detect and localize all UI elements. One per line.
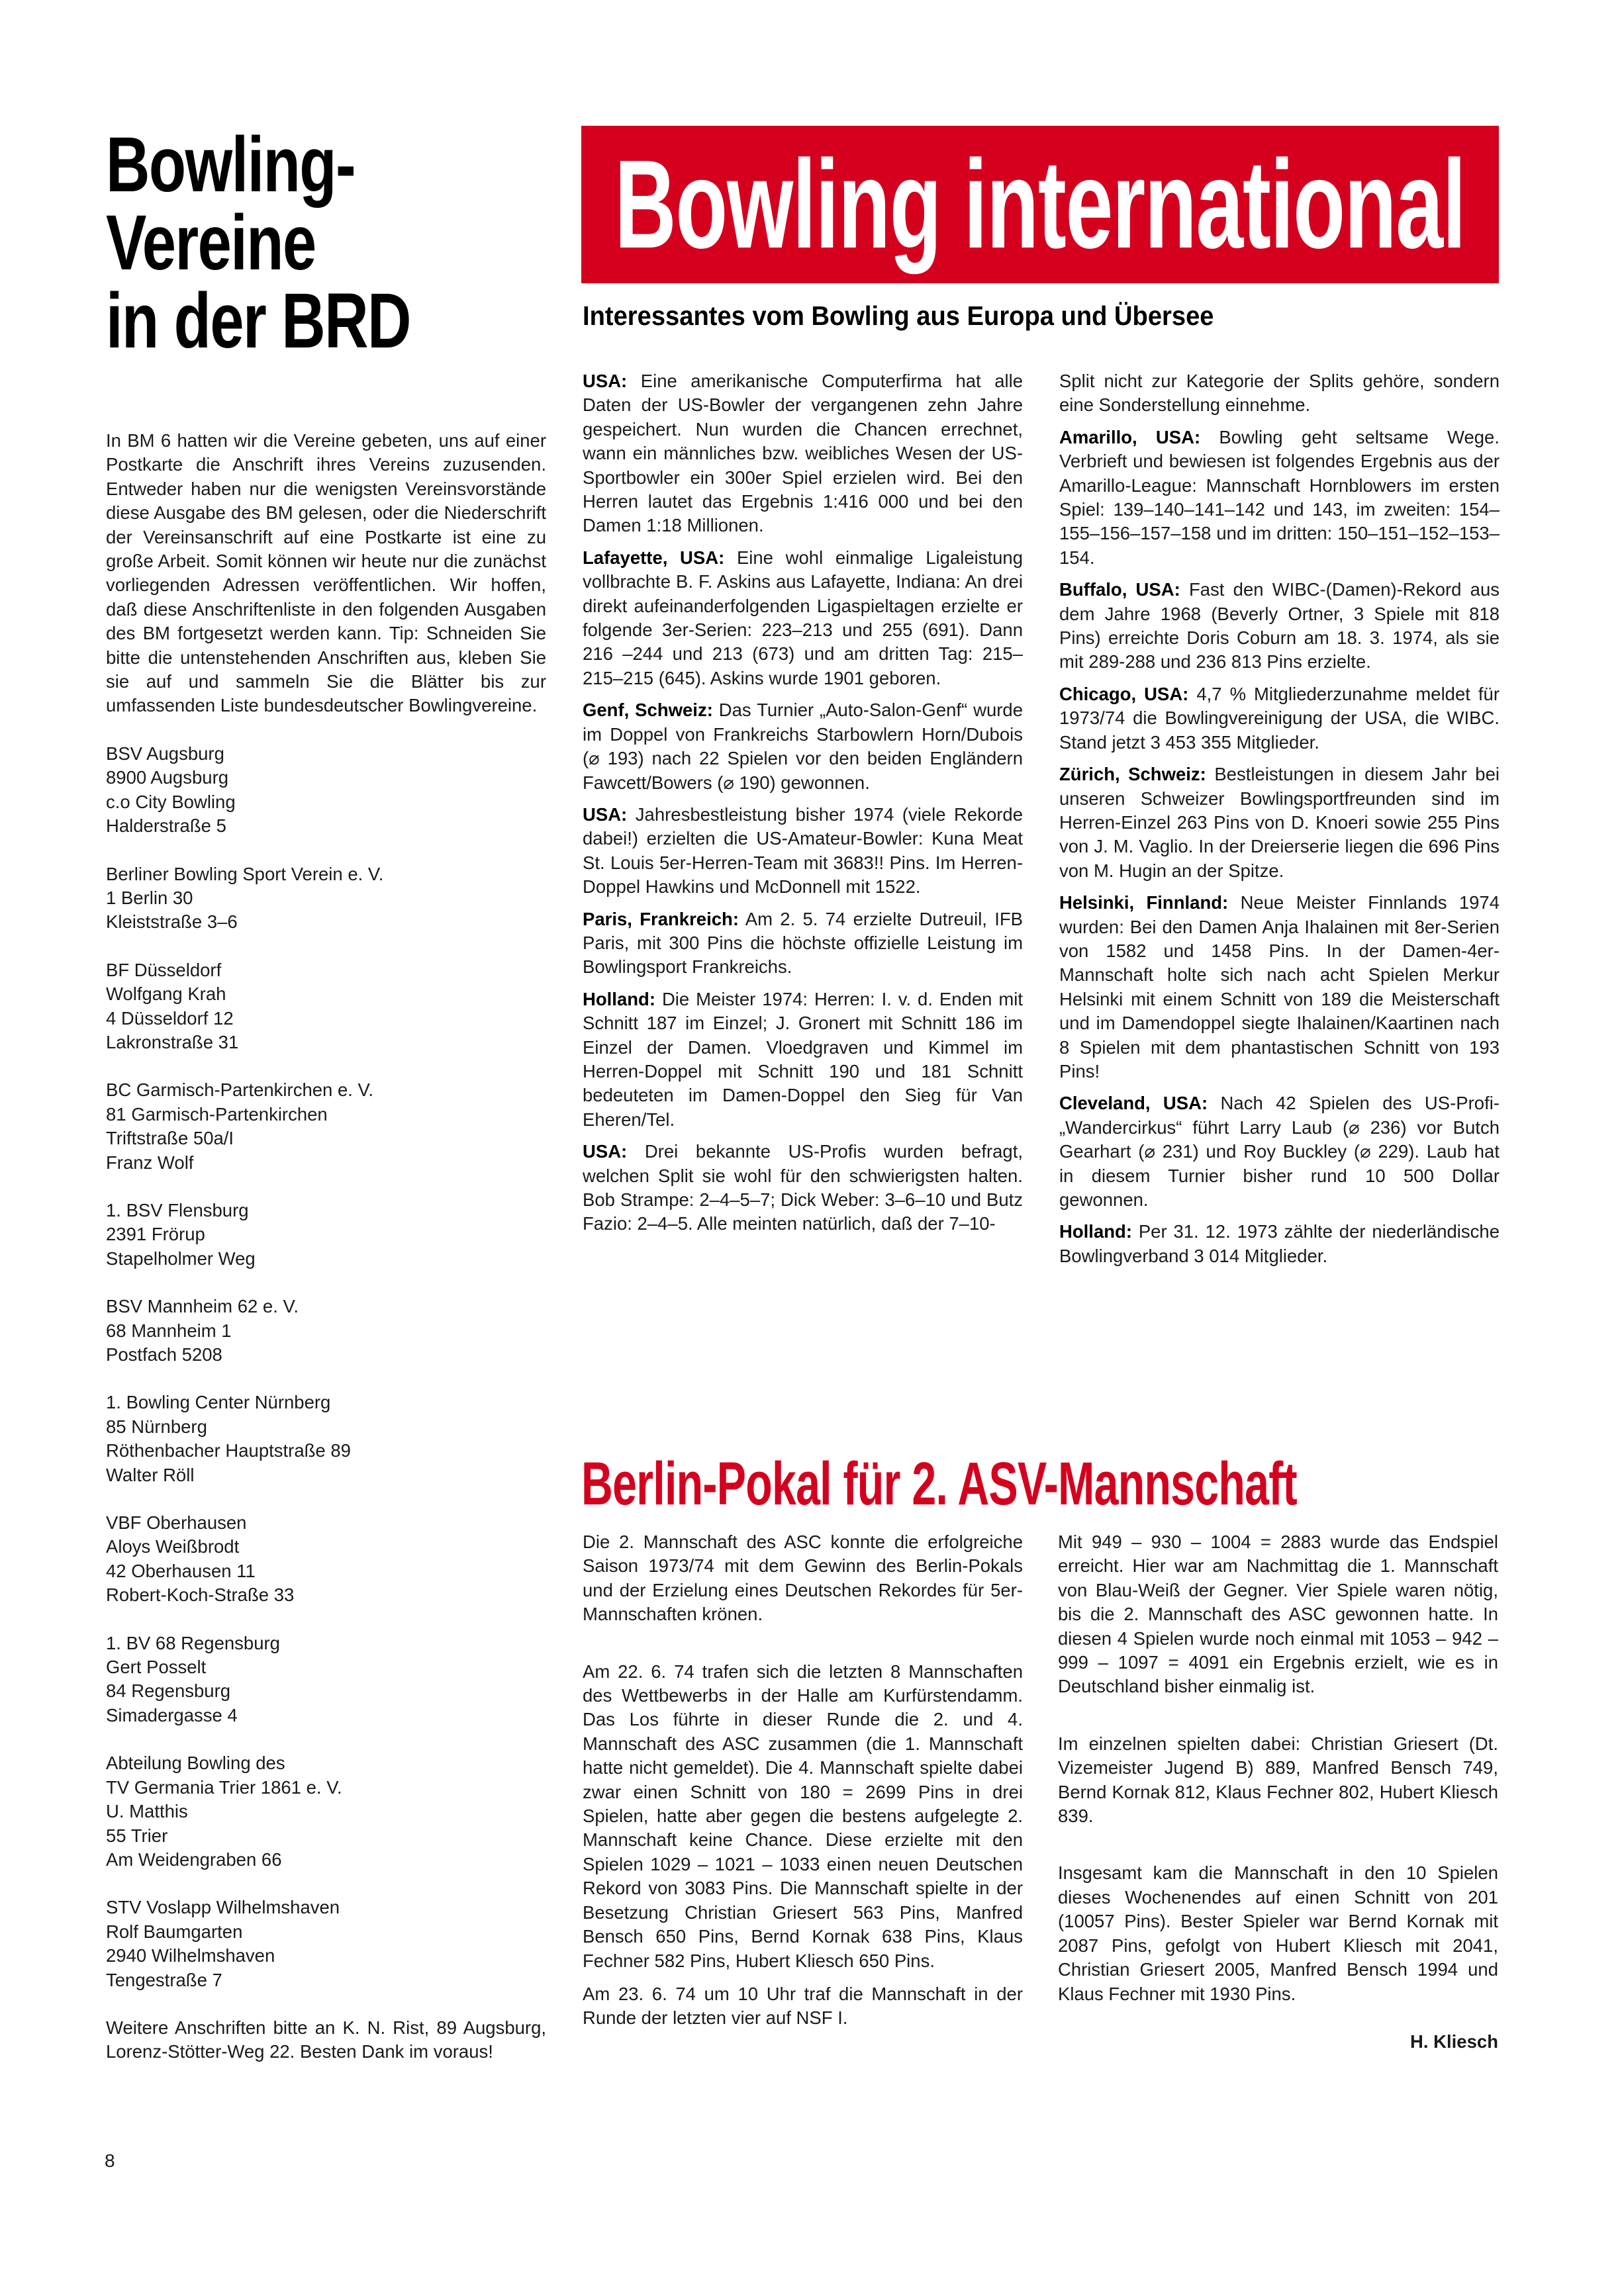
news-item-text: Eine amerikanische Computerfirma hat all…	[583, 371, 1023, 535]
address-line: Gert Posselt	[106, 1655, 546, 1679]
news-item-location: USA:	[583, 371, 627, 391]
club-address: BF DüsseldorfWolfgang Krah4 Düsseldorf 1…	[106, 958, 546, 1055]
news-item: USA: Eine amerikanische Computerfirma ha…	[583, 369, 1023, 538]
news-column-1: USA: Eine amerikanische Computerfirma ha…	[583, 369, 1023, 1244]
address-line: STV Voslapp Wilhelmshaven	[106, 1896, 546, 1919]
left-article-title: Bowling- Vereine in der BRD	[106, 126, 426, 360]
article-paragraph: Mit 949 – 930 – 1004 = 2883 wurde das En…	[1058, 1530, 1498, 1699]
address-line: 85 Nürnberg	[106, 1415, 546, 1439]
article-paragraph: Am 22. 6. 74 trafen sich die letzten 8 M…	[583, 1660, 1023, 1973]
news-item: Zürich, Schweiz: Bestleistungen in diese…	[1059, 762, 1500, 883]
address-line: Triftstraße 50a/I	[106, 1126, 546, 1150]
news-item-text: Die Meister 1974: Herren: I. v. d. Enden…	[583, 989, 1023, 1130]
club-address: Berliner Bowling Sport Verein e. V.1 Ber…	[106, 862, 546, 935]
address-line: 42 Oberhausen 11	[106, 1559, 546, 1583]
news-item-text: Neue Meister Finnlands 1974 wurden: Bei …	[1059, 892, 1500, 1081]
address-line: 81 Garmisch-Partenkirchen	[106, 1103, 546, 1126]
club-address: BC Garmisch-Partenkirchen e. V.81 Garmis…	[106, 1078, 546, 1175]
address-line: Simadergasse 4	[106, 1704, 546, 1727]
address-line: Franz Wolf	[106, 1151, 546, 1175]
news-item-text: Jahresbestleistung bisher 1974 (viele Re…	[583, 804, 1023, 897]
news-item-location: Zürich, Schweiz:	[1059, 764, 1206, 784]
club-address: 1. Bowling Center Nürnberg85 NürnbergRöt…	[106, 1391, 546, 1487]
article-paragraph: Insgesamt kam die Mannschaft in den 10 S…	[1058, 1861, 1498, 2005]
news-item: Genf, Schweiz: Das Turnier „Auto-Salon-G…	[583, 698, 1023, 795]
news-item-location: Paris, Frankreich:	[583, 909, 739, 929]
address-line: Rolf Baumgarten	[106, 1920, 546, 1944]
news-item-location: Genf, Schweiz:	[583, 700, 713, 720]
news-item: Paris, Frankreich: Am 2. 5. 74 erzielte …	[583, 907, 1023, 980]
address-line: Tengestraße 7	[106, 1968, 546, 1992]
club-address: BSV Mannheim 62 e. V.68 Mannheim 1Postfa…	[106, 1295, 546, 1367]
news-item-location: Holland:	[1059, 1221, 1132, 1242]
address-line: Röthenbacher Hauptstraße 89	[106, 1439, 546, 1463]
address-line: 68 Mannheim 1	[106, 1319, 546, 1343]
address-line: U. Matthis	[106, 1800, 546, 1823]
address-line: Am Weidengraben 66	[106, 1848, 546, 1872]
address-line: 1. Bowling Center Nürnberg	[106, 1391, 546, 1414]
news-item-location: Holland:	[583, 989, 655, 1009]
address-line: 1 Berlin 30	[106, 886, 546, 910]
address-line: 55 Trier	[106, 1824, 546, 1848]
club-address: Abteilung Bowling desTV Germania Trier 1…	[106, 1751, 546, 1872]
news-column-2: Split nicht zur Kategorie der Splits geh…	[1059, 369, 1500, 1276]
news-item-text: Bowling geht seltsame Wege. Verbrieft un…	[1059, 427, 1500, 568]
title-line: Vereine	[106, 204, 426, 282]
address-line: 2391 Frörup	[106, 1222, 546, 1246]
section-subtitle: Interessantes vom Bowling aus Europa und…	[583, 299, 1445, 332]
news-item-location: Cleveland, USA:	[1059, 1093, 1208, 1113]
address-line: BC Garmisch-Partenkirchen e. V.	[106, 1078, 546, 1102]
address-list: BSV Augsburg8900 Augsburgc.o City Bowlin…	[106, 742, 546, 1992]
address-line: Aloys Weißbrodt	[106, 1535, 546, 1559]
address-line: Lakronstraße 31	[106, 1031, 546, 1054]
news-item: Helsinki, Finnland: Neue Meister Finnlan…	[1059, 891, 1500, 1083]
news-item: Chicago, USA: 4,7 % Mitgliederzunahme me…	[1059, 682, 1500, 755]
berlin-column-2: Mit 949 – 930 – 1004 = 2883 wurde das En…	[1058, 1530, 1498, 2054]
club-address: STV Voslapp WilhelmshavenRolf Baumgarten…	[106, 1896, 546, 1992]
news-item-location: USA:	[583, 804, 627, 825]
address-line: 1. BSV Flensburg	[106, 1199, 546, 1222]
address-line: BF Düsseldorf	[106, 958, 546, 982]
address-line: Halderstraße 5	[106, 814, 546, 838]
news-item: Cleveland, USA: Nach 42 Spielen des US-P…	[1059, 1091, 1500, 1212]
title-line: Bowling-	[106, 126, 426, 204]
news-item-location: Chicago, USA:	[1059, 684, 1188, 704]
address-line: Berliner Bowling Sport Verein e. V.	[106, 862, 546, 886]
address-line: 1. BV 68 Regensburg	[106, 1631, 546, 1655]
news-item-text: Drei bekannte US-Profis wurden befragt, …	[583, 1141, 1023, 1234]
closing-paragraph: Weitere Anschriften bitte an K. N. Rist,…	[106, 2016, 546, 2064]
news-item-location: Lafayette, USA:	[583, 547, 724, 568]
club-address-column: In BM 6 hatten wir die Vereine gebeten, …	[106, 429, 546, 2064]
news-item-location: USA:	[583, 1141, 627, 1162]
address-line: Robert-Koch-Straße 33	[106, 1583, 546, 1607]
author-signature: H. Kliesch	[1058, 2030, 1498, 2054]
berlin-article-title: Berlin-Pokal für 2. ASV-Mannschaft	[581, 1451, 1296, 1517]
address-line: BSV Mannheim 62 e. V.	[106, 1295, 546, 1318]
address-line: Kleiststraße 3–6	[106, 910, 546, 934]
article-paragraph: Am 23. 6. 74 um 10 Uhr traf die Mannscha…	[583, 1982, 1023, 2031]
article-paragraph: Die 2. Mannschaft des ASC konnte die erf…	[583, 1530, 1023, 1627]
news-item: Lafayette, USA: Eine wohl einmalige Liga…	[583, 546, 1023, 690]
news-item-location: Helsinki, Finnland:	[1059, 892, 1228, 913]
address-line: Wolfgang Krah	[106, 982, 546, 1006]
news-item-text: Split nicht zur Kategorie der Splits geh…	[1059, 371, 1500, 415]
address-line: BSV Augsburg	[106, 742, 546, 766]
address-line: Walter Röll	[106, 1463, 546, 1487]
banner-title: Bowling international	[615, 142, 1466, 267]
club-address: VBF OberhausenAloys Weißbrodt42 Oberhaus…	[106, 1511, 546, 1608]
news-item: Holland: Die Meister 1974: Herren: I. v.…	[583, 987, 1023, 1132]
club-address: 1. BSV Flensburg2391 FrörupStapelholmer …	[106, 1199, 546, 1271]
page-number: 8	[105, 2150, 115, 2172]
news-item: Split nicht zur Kategorie der Splits geh…	[1059, 369, 1500, 418]
news-item-text: Eine wohl einmalige Ligaleistung vollbra…	[583, 547, 1023, 688]
news-item-location: Amarillo, USA:	[1059, 427, 1200, 447]
address-line: 2940 Wilhelmshaven	[106, 1944, 546, 1968]
address-line: Stapelholmer Weg	[106, 1247, 546, 1271]
address-line: c.o City Bowling	[106, 790, 546, 814]
address-line: 8900 Augsburg	[106, 766, 546, 790]
bowling-international-banner: Bowling international	[581, 126, 1499, 283]
address-line: Abteilung Bowling des	[106, 1751, 546, 1775]
news-item-location: Buffalo, USA:	[1059, 579, 1180, 600]
address-line: TV Germania Trier 1861 e. V.	[106, 1776, 546, 1800]
news-item: Buffalo, USA: Fast den WIBC-(Damen)-Reko…	[1059, 578, 1500, 674]
address-line: Postfach 5208	[106, 1343, 546, 1367]
club-address: BSV Augsburg8900 Augsburgc.o City Bowlin…	[106, 742, 546, 839]
news-item: USA: Drei bekannte US-Profis wurden befr…	[583, 1140, 1023, 1236]
address-line: 4 Düsseldorf 12	[106, 1007, 546, 1031]
news-item: Holland: Per 31. 12. 1973 zählte der nie…	[1059, 1220, 1500, 1268]
berlin-column-1: Die 2. Mannschaft des ASC konnte die erf…	[583, 1530, 1023, 2040]
news-item: USA: Jahresbestleistung bisher 1974 (vie…	[583, 803, 1023, 899]
intro-paragraph: In BM 6 hatten wir die Vereine gebeten, …	[106, 429, 546, 718]
address-line: VBF Oberhausen	[106, 1511, 546, 1535]
address-line: 84 Regensburg	[106, 1679, 546, 1703]
club-address: 1. BV 68 RegensburgGert Posselt84 Regens…	[106, 1631, 546, 1728]
title-line: in der BRD	[106, 282, 426, 360]
article-paragraph: Im einzelnen spielten dabei: Christian G…	[1058, 1732, 1498, 1829]
news-item: Amarillo, USA: Bowling geht seltsame Weg…	[1059, 426, 1500, 570]
